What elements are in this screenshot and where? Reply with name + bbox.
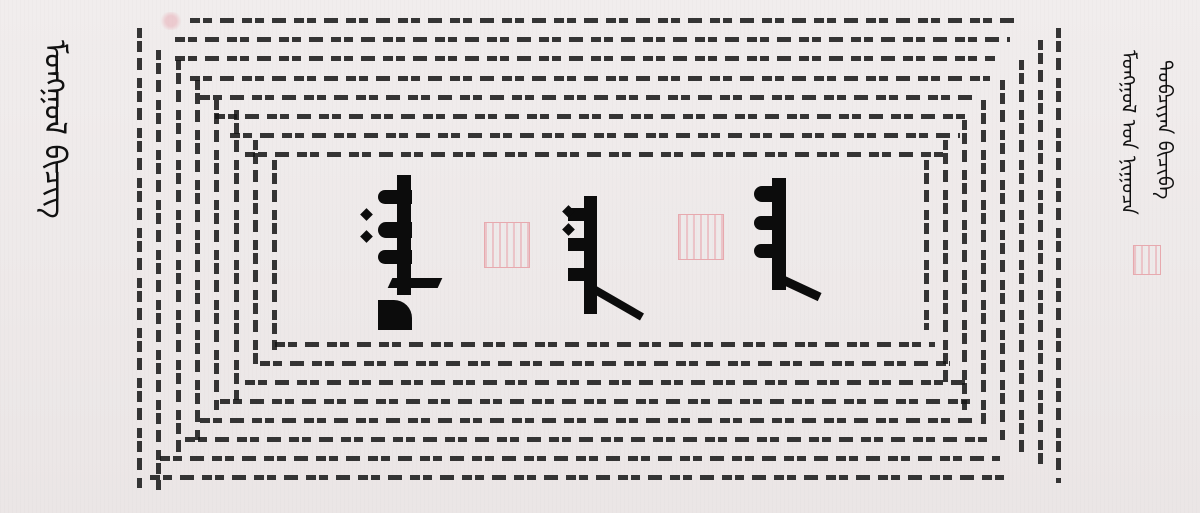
seal-center-right <box>678 214 724 260</box>
right-inscription-column-1: ᠮᠣᠩᠭᠣᠯ ᠤᠨ ᠨᠢᠭᠤᠴᠠ <box>1112 50 1146 380</box>
left-inscription: ᠮᠣᠩᠭᠣᠯ ᠪᠢᠴᠢᠭ᠌ <box>28 40 88 500</box>
right-inscription-column-2: ᠲᠣᠪᠴᠢᠶᠠᠨ ᠪᠢᠴᠢᠪᠡ <box>1148 60 1182 360</box>
ornament-icon <box>156 12 186 30</box>
right-seal <box>1133 245 1161 275</box>
seal-center-left <box>484 222 530 268</box>
